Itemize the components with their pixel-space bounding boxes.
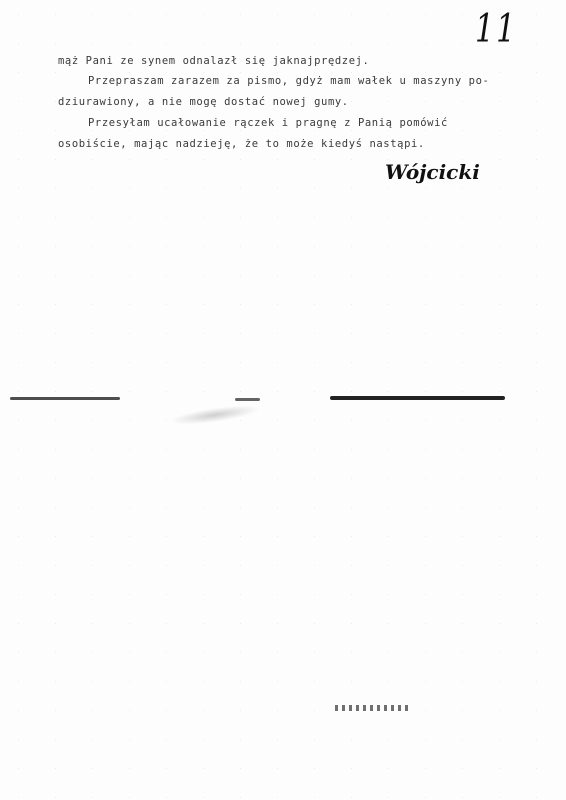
letter-line-5: osobiście, mając nadzieję, że to może ki… bbox=[58, 138, 425, 150]
letter-line-1: mąż Pani ze synem odnalazł się jaknajprę… bbox=[58, 55, 369, 67]
letter-line-3: dziurawiony, a nie mogę dostać nowej gum… bbox=[58, 96, 349, 108]
handwritten-signature: Wójcicki bbox=[385, 160, 480, 184]
page-number: 11 bbox=[475, 7, 517, 53]
faint-mark bbox=[335, 705, 410, 711]
letter-line-4: Przesyłam ucałowanie rączek i pragnę z P… bbox=[88, 117, 448, 129]
letter-line-2: Przepraszam zarazem za pismo, gdyż mam w… bbox=[88, 75, 489, 87]
scanned-letter-page: 11 mąż Pani ze synem odnalazł się jaknaj… bbox=[0, 0, 566, 800]
